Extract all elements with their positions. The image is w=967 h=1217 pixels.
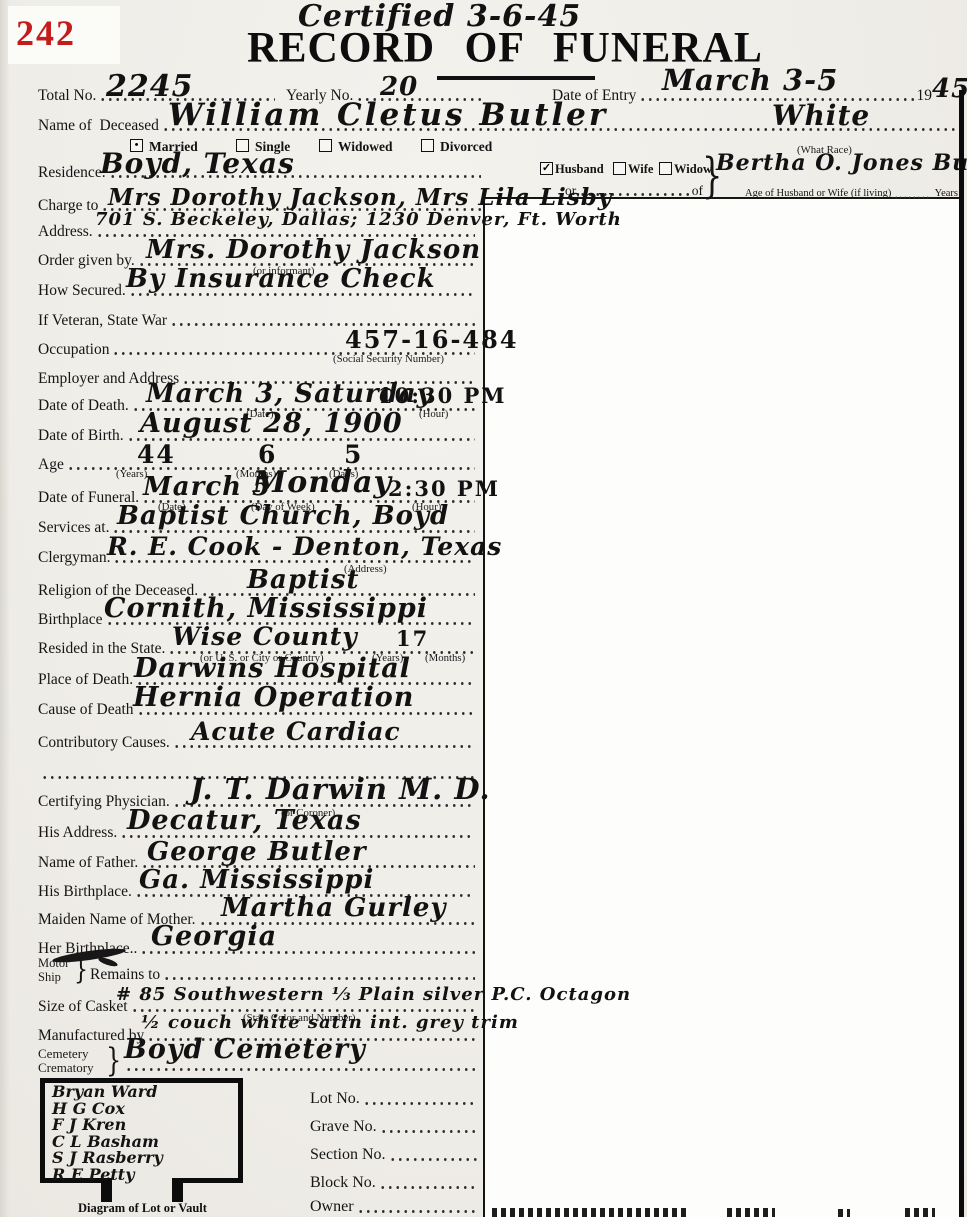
place-of-death-label: Place of Death. <box>38 671 133 688</box>
field-block-no: Block No. <box>310 1174 480 1192</box>
grave-no-label: Grave No. <box>310 1118 377 1136</box>
clergyman-label: Clergyman. <box>38 549 110 566</box>
resided-value: Wise County <box>172 624 358 649</box>
checkbox-divorced-label: Divorced <box>440 139 492 155</box>
diagram-leg-left <box>101 1183 112 1202</box>
dotted-line <box>163 976 475 981</box>
title-underline <box>437 76 595 80</box>
funeral-date-value: March 5 <box>143 474 271 500</box>
age-years-value: 44 <box>137 442 176 467</box>
dotted-line <box>363 1101 477 1106</box>
section-no-label: Section No. <box>310 1146 386 1164</box>
field-grave-no: Grave No. <box>310 1118 480 1136</box>
age-months-value: 6 <box>258 442 277 467</box>
bottom-edge-artifact <box>727 1208 775 1217</box>
certified-note: Certified 3-6-45 <box>298 2 581 32</box>
date-of-entry-value: March 3-5 <box>662 66 838 95</box>
cemetery-value: Boyd Cemetery <box>124 1036 366 1063</box>
birthplace-label: Birthplace <box>38 611 103 628</box>
services-at-label: Services at. <box>38 519 109 536</box>
field-remains-to: Remains to <box>90 965 478 983</box>
dotted-line <box>379 1185 477 1190</box>
spouse-age-line: Age of Husband or Wife (if living) Years <box>745 187 958 200</box>
maiden-name-value: Martha Gurley <box>221 895 446 921</box>
diagram-leg-right <box>172 1183 183 1202</box>
race-value: White <box>772 102 870 130</box>
date-of-birth-label: Date of Birth. <box>38 427 124 444</box>
crematory-label: Crematory <box>38 1060 94 1076</box>
death-hour-value: 10:30 PM <box>378 385 507 406</box>
lot-no-label: Lot No. <box>310 1090 360 1108</box>
ship-label: Ship <box>38 970 61 985</box>
contributory-value: Acute Cardiac <box>191 719 401 744</box>
field-lot-no: Lot No. <box>310 1090 480 1108</box>
dotted-line <box>125 1067 475 1072</box>
name-of-deceased-label: Name of Deceased <box>38 117 159 134</box>
resided-months-sublabel: (Months) <box>425 652 465 664</box>
cemetery-brace: } <box>106 1041 121 1079</box>
occupation-sublabel: (Social Security Number) <box>333 353 444 365</box>
address-label: Address. <box>38 223 93 240</box>
pallbearer-names: Bryan Ward H G Cox F J Kren C L Basham S… <box>52 1084 163 1183</box>
total-no-label: Total No. <box>38 87 96 104</box>
age-days-value: 5 <box>344 442 363 467</box>
date-of-death-label: Date of Death. <box>38 397 129 414</box>
year-prefix: 19 <box>917 87 933 104</box>
funeral-hour-value: 2:30 PM <box>388 478 500 499</box>
bottom-edge-artifact <box>905 1208 935 1217</box>
religion-value: Baptist <box>247 567 360 593</box>
services-at-value: Baptist Church, Boyd <box>117 503 449 529</box>
resided-years-value: 17 <box>396 628 429 649</box>
scan-edge-line <box>959 90 964 1217</box>
scan-edge-shading <box>0 0 10 1217</box>
name-of-father-label: Name of Father. <box>38 854 138 871</box>
field-owner: Owner <box>310 1198 480 1216</box>
pallbearer-name: R E Petty <box>52 1167 163 1184</box>
size-of-casket-value: # 85 Southwestern ⅓ Plain silver P.C. Oc… <box>116 986 631 1004</box>
checkbox-widowed <box>319 139 332 152</box>
veteran-label: If Veteran, State War <box>38 312 167 329</box>
residence-label: Residence. <box>38 164 106 181</box>
name-of-deceased-value: William Cletus Butler <box>168 100 608 131</box>
dotted-line <box>380 1129 477 1134</box>
field-section-no: Section No. <box>310 1146 480 1164</box>
how-secured-value: By Insurance Check <box>126 266 436 292</box>
address-value: 701 S. Beckeley, Dallas; 1230 Denver, Ft… <box>95 211 622 229</box>
date-of-birth-value: August 28, 1900 <box>140 410 403 437</box>
funeral-record-page: 242 Certified 3-6-45 RECORD OF FUNERAL T… <box>0 0 967 1217</box>
charge-to-value: Mrs Dorothy Jackson, Mrs Lila Lisby <box>108 186 612 209</box>
cause-of-death-value: Hernia Operation <box>133 684 414 711</box>
spouse-age-suffix: Years <box>935 188 958 200</box>
spouse-age-label: Age of Husband or Wife (if living) <box>745 188 891 200</box>
how-secured-label: How Secured. <box>38 282 126 299</box>
dotted-line <box>357 1209 477 1214</box>
funeral-day-value: Monday <box>253 468 392 498</box>
order-given-by-value: Mrs. Dorothy Jackson <box>146 237 481 263</box>
her-birthplace-value: Georgia <box>151 923 277 950</box>
size-of-casket-label: Size of Casket <box>38 998 128 1015</box>
residence-value: Boyd, Texas <box>100 150 295 178</box>
checkbox-wife <box>613 162 626 175</box>
dotted-line <box>894 196 931 199</box>
clergyman-value: R. E. Cook - Denton, Texas <box>107 534 502 559</box>
certifying-physician-value: J. T. Darwin M. D. <box>190 775 491 804</box>
his-address-label: His Address. <box>38 824 117 841</box>
bottom-edge-artifact <box>838 1209 850 1217</box>
blank-right-panel <box>483 197 961 1217</box>
bottom-edge-artifact <box>492 1208 688 1217</box>
charge-to-label: Charge to <box>38 197 98 214</box>
his-birthplace-label: His Birthplace. <box>38 883 132 900</box>
diagram-caption: Diagram of Lot or Vault <box>78 1201 207 1216</box>
manufactured-by-value: ½ couch white satin int. grey trim <box>141 1014 519 1032</box>
occupation-value: 457-16-484 <box>345 328 519 352</box>
his-birthplace-value: Ga. Mississippi <box>139 867 374 893</box>
checkbox-divorced <box>421 139 434 152</box>
age-label: Age <box>38 456 64 473</box>
block-no-label: Block No. <box>310 1174 376 1192</box>
death-hour-sublabel: (Hour) <box>419 408 448 420</box>
cause-of-death-label: Cause of Death <box>38 701 134 718</box>
spouse-name-value: Bertha O. Jones Butler <box>716 152 967 174</box>
place-of-death-value: Darwins Hospital <box>134 655 411 682</box>
page-number-stamp: 242 <box>16 12 76 54</box>
checkbox-widowed-label: Widowed <box>338 139 393 155</box>
contributory-label: Contributory Causes. <box>38 734 170 751</box>
birthplace-value: Cornith, Mississippi <box>104 595 428 622</box>
checkbox-wife-label: Wife <box>628 162 653 177</box>
occupation-label: Occupation <box>38 341 109 358</box>
his-address-value: Decatur, Texas <box>127 807 362 834</box>
dotted-line <box>389 1157 477 1162</box>
checkbox-husband: ✓ <box>540 162 553 175</box>
remains-to-label: Remains to <box>90 966 160 983</box>
order-given-by-label: Order given by. <box>38 252 135 269</box>
checkbox-husband-label: Husband <box>555 162 604 177</box>
checkbox-widow <box>659 162 672 175</box>
owner-label: Owner <box>310 1198 354 1216</box>
name-of-father-value: George Butler <box>147 839 367 865</box>
